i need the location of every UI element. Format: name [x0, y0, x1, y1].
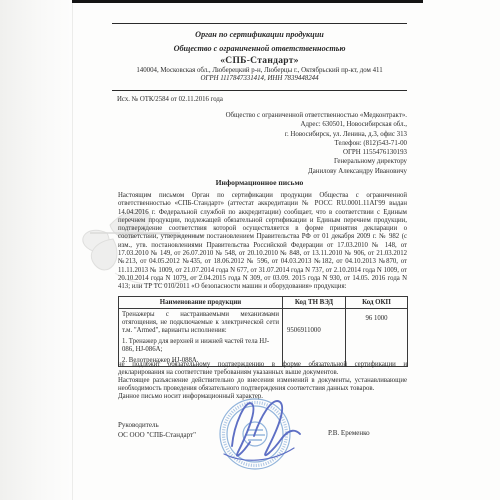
okp-value: 96 1000: [346, 309, 407, 322]
signatory-name: Р.В. Еременко: [328, 429, 370, 437]
table-header-okp-code: Код ОКП: [346, 297, 407, 308]
letterhead-top-rule: [112, 23, 407, 24]
outgoing-reference: Исх. № ОТК/2584 от 02.11.2016 года: [117, 96, 223, 103]
scan-top-edge: [72, 0, 423, 3]
signatory-role-line2: ОС ООО "СПБ-Стандарт": [118, 431, 196, 441]
tnved-value: 9506911000: [283, 309, 345, 334]
letterhead-org-type: Орган по сертификации продукции: [112, 30, 407, 39]
addressee-line: Общество с ограниченной ответственностью…: [150, 111, 407, 120]
table-header-tnved-code: Код ТН ВЭД: [283, 297, 346, 308]
signatory-role: Руководитель ОС ООО "СПБ-Стандарт": [118, 421, 196, 440]
product-table: Наименование продукции Код ТН ВЭД Код ОК…: [118, 296, 408, 367]
cell-okp-code: 96 1000: [346, 309, 407, 366]
product-table-header-row: Наименование продукции Код ТН ВЭД Код ОК…: [119, 297, 407, 309]
table-header-product-name: Наименование продукции: [119, 297, 283, 308]
addressee-line: г. Новосибирск, ул. Ленина, д.3, офис 31…: [150, 130, 407, 139]
addressee-line: Генеральному директору: [150, 157, 407, 166]
addressee-line: Телефон: (812)543-71-00: [150, 139, 407, 148]
document-title: Информационное письмо: [112, 178, 407, 187]
product-item-1: 1. Тренажер для верхней и нижней частей …: [119, 335, 282, 354]
cell-tnved-code: 9506911000: [283, 309, 346, 366]
product-intro: Тренажеры с настраиваемыми механизмами о…: [119, 309, 282, 335]
letterhead-llc-line: Общество с ограниченной ответственностью: [112, 44, 407, 53]
addressee-block: Общество с ограниченной ответственностью…: [150, 111, 407, 176]
body-paragraph: Настоящим письмом Орган по сертификации …: [118, 192, 407, 292]
product-table-row: Тренажеры с настраиваемыми механизмами о…: [119, 309, 407, 366]
letterhead-address: 140004, Московская обл., Люберецкий р-н,…: [112, 67, 407, 74]
round-stamp-with-signature: [198, 388, 318, 483]
addressee-line: Адрес: 630501, Новосибирская обл.,: [150, 120, 407, 129]
closing-paragraph-1: не подлежит обязательному подтверждению …: [118, 361, 407, 378]
letterhead-bottom-rule: [112, 90, 407, 91]
document-page: Орган по сертификации продукции Общество…: [0, 0, 500, 500]
letterhead-ogrn-inn: ОГРН 1117847331414, ИНН 7839448244: [112, 75, 407, 82]
addressee-line: Данилову Александру Ивановичу: [150, 167, 407, 176]
letterhead-company-name: «СПБ-Стандарт»: [112, 56, 407, 66]
addressee-line: ОГРН 1155476130193: [150, 148, 407, 157]
signatory-role-line1: Руководитель: [118, 421, 196, 431]
cell-product-name: Тренажеры с настраиваемыми механизмами о…: [119, 309, 283, 366]
